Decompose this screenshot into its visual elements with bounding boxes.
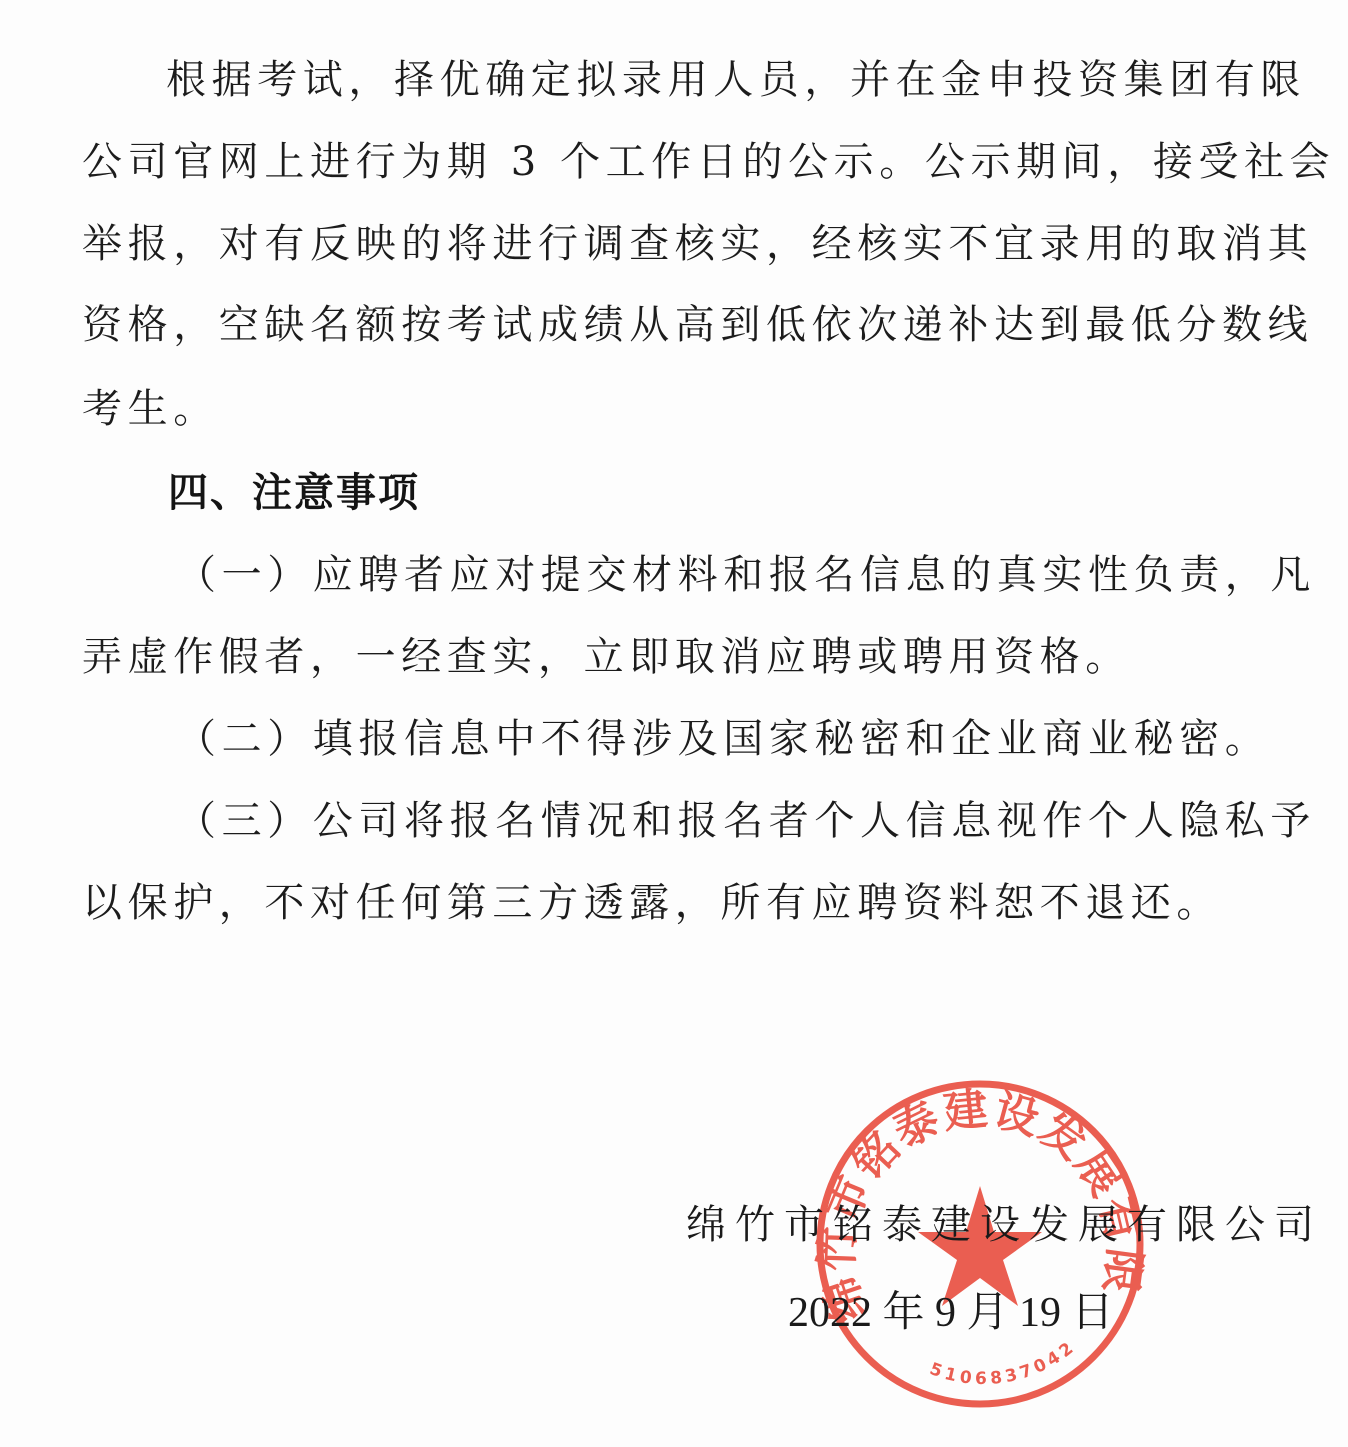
document-page: 根据考试，择优确定拟录用人员，并在金申投资集团有限 公司官网上进行为期 3 个工… — [0, 0, 1348, 1447]
notice-item-line: （三）公司将报名情况和报名者个人信息视作个人隐私予 — [176, 796, 1282, 846]
section-heading: 四、注意事项 — [168, 468, 420, 518]
paragraph-line: 举报，对有反映的将进行调查核实，经核实不宜录用的取消其 — [82, 219, 1272, 269]
notice-item-line: 弄虚作假者，一经查实，立即取消应聘或聘用资格。 — [82, 632, 1272, 682]
paragraph-line: 资格，空缺名额按考试成绩从高到低依次递补达到最低分数线 — [82, 300, 1272, 350]
notice-item-line: 以保护，不对任何第三方透露，所有应聘资料恕不退还。 — [82, 878, 1272, 928]
paragraph-line: 考生。 — [82, 384, 1272, 434]
signature-date: 2022 年 9 月 19 日 — [788, 1288, 1114, 1338]
paragraph-line: 根据考试，择优确定拟录用人员，并在金申投资集团有限 — [166, 55, 1272, 105]
signature-organization: 绵竹市铭泰建设发展有限公司 — [686, 1200, 1323, 1250]
paragraph-line: 公司官网上进行为期 3 个工作日的公示。公示期间，接受社会 — [82, 137, 1272, 187]
notice-item-line: （二）填报信息中不得涉及国家秘密和企业商业秘密。 — [176, 714, 1282, 764]
notice-item-line: （一）应聘者应对提交材料和报名信息的真实性负责，凡 — [176, 550, 1282, 600]
